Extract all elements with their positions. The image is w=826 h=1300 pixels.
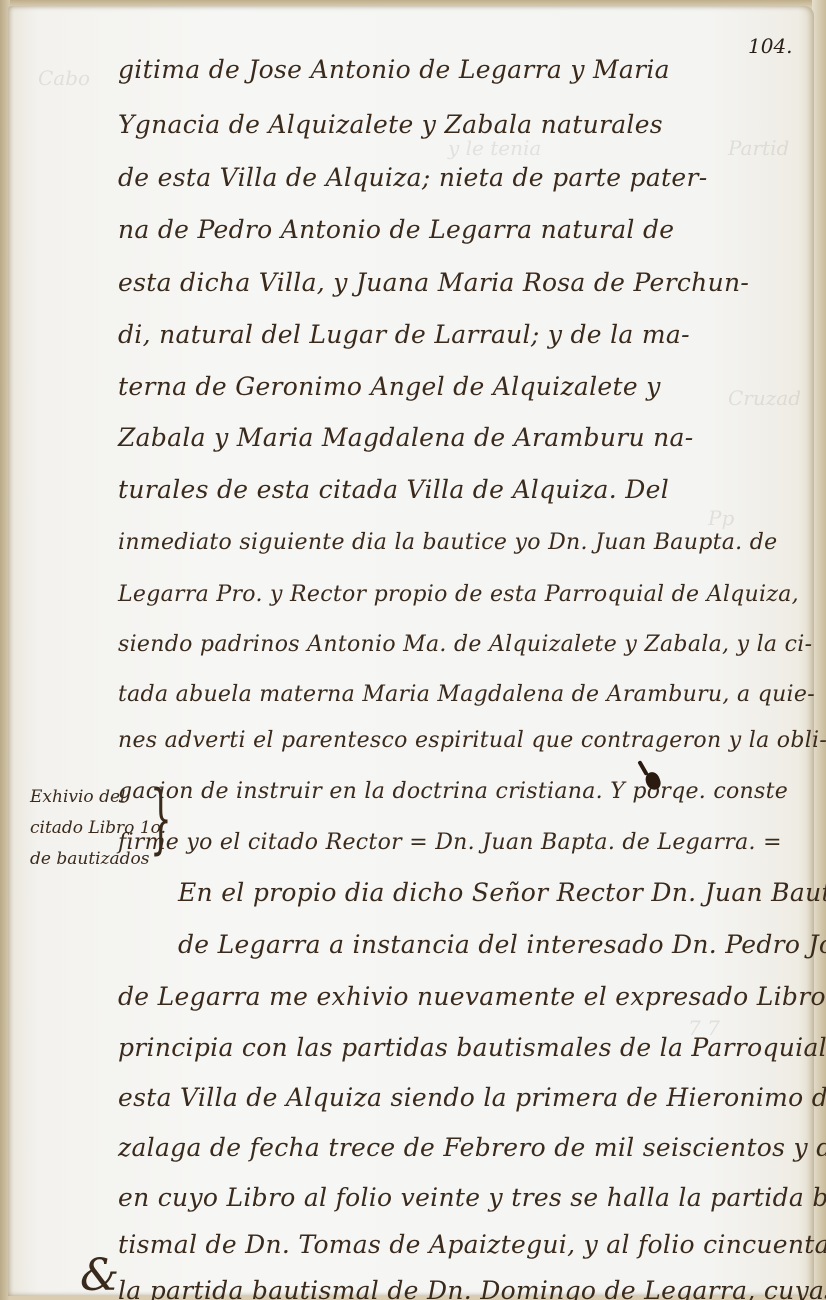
text-line: Legarra Pro. y Rector propio de esta Par… xyxy=(118,582,799,607)
text-line: tada abuela materna Maria Magdalena de A… xyxy=(118,682,815,707)
text-line: gacion de instruir en la doctrina cristi… xyxy=(118,779,788,804)
margin-brace: } xyxy=(150,780,172,856)
text-line: gitima de Jose Antonio de Legarra y Mari… xyxy=(118,55,670,84)
text-line: inmediato siguiente dia la bautice yo Dn… xyxy=(118,530,777,555)
show-through-text: Cabo xyxy=(38,66,90,90)
text-line: Zabala y Maria Magdalena de Aramburu na- xyxy=(118,423,693,452)
show-through-text: y le tenia xyxy=(448,136,541,160)
text-line: zalaga de fecha trece de Febrero de mil … xyxy=(118,1133,826,1162)
text-line: firme yo el citado Rector = Dn. Juan Bap… xyxy=(118,830,782,855)
text-line: de Legarra a instancia del interesado Dn… xyxy=(178,930,826,959)
text-line: la partida bautismal de Dn. Domingo de L… xyxy=(118,1276,826,1300)
text-line: esta dicha Villa, y Juana Maria Rosa de … xyxy=(118,268,749,297)
text-line: de esta Villa de Alquiza; nieta de parte… xyxy=(118,163,708,192)
margin-note-line: Exhivio del xyxy=(30,782,166,813)
text-line: Ygnacia de Alquizalete y Zabala naturale… xyxy=(118,110,663,139)
text-line: nes adverti el parentesco espiritual que… xyxy=(118,728,826,753)
text-line: turales de esta citada Villa de Alquiza.… xyxy=(118,475,669,504)
text-line: esta Villa de Alquiza siendo la primera … xyxy=(118,1083,826,1112)
margin-flourish-icon: & xyxy=(80,1250,119,1300)
manuscript-scan: Cabo y le tenia Partid Cruzad Pp 7 7 104… xyxy=(0,0,826,1300)
text-line: principia con las partidas bautismales d… xyxy=(118,1033,826,1062)
text-line: siendo padrinos Antonio Ma. de Alquizale… xyxy=(118,632,812,657)
folio-number: 104. xyxy=(748,34,793,58)
text-line: terna de Geronimo Angel de Alquizalete y xyxy=(118,372,661,401)
show-through-text: Cruzad xyxy=(728,386,801,410)
text-line: en cuyo Libro al folio veinte y tres se … xyxy=(118,1183,826,1212)
text-line: di, natural del Lugar de Larraul; y de l… xyxy=(118,320,690,349)
text-line: de Legarra me exhivio nuevamente el expr… xyxy=(118,982,826,1011)
text-line: En el propio dia dicho Señor Rector Dn. … xyxy=(178,878,826,907)
margin-note: Exhivio del citado Libro 1o. de bautizad… xyxy=(30,782,166,875)
show-through-text: Partid xyxy=(728,136,789,160)
text-line: na de Pedro Antonio de Legarra natural d… xyxy=(118,215,674,244)
text-line: tismal de Dn. Tomas de Apaiztegui, y al … xyxy=(118,1230,826,1259)
margin-note-line: citado Libro 1o. xyxy=(30,813,166,844)
margin-note-line: de bautizados xyxy=(30,844,166,875)
show-through-text: Pp xyxy=(708,506,734,530)
